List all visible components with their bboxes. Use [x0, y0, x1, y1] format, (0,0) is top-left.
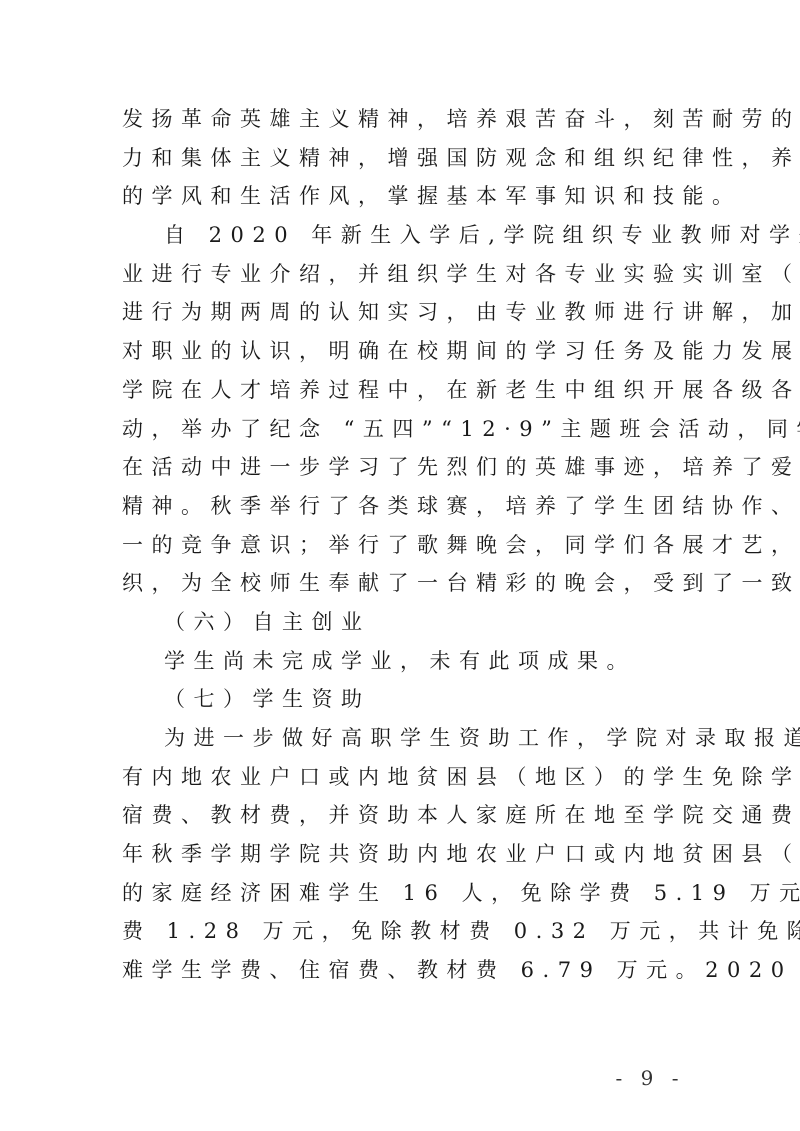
text-line: 有内地农业户口或内地贫困县（地区）的学生免除学费、住 — [122, 758, 682, 797]
text-line: 业进行专业介绍，并组织学生对各专业实验实训室（基地） — [122, 255, 682, 294]
text-line: 发扬革命英雄主义精神，培养艰苦奋斗，刻苦耐劳的坚强毅 — [122, 100, 682, 139]
paragraph-start-line: 为进一步做好高职学生资助工作，学院对录取报道的具 — [122, 719, 682, 758]
text-line: 对职业的认识，明确在校期间的学习任务及能力发展方向。 — [122, 332, 682, 371]
section-heading-entrepreneurship: （六）自主创业 — [122, 603, 682, 642]
text-line: 难学生学费、住宿费、教材费 6.79 万元。2020 年秋季学期 — [122, 951, 682, 990]
paragraph-start-line: 自 2020 年新生入学后,学院组织专业教师对学生所报专 — [122, 216, 682, 255]
text-line: 织，为全校师生奉献了一台精彩的晚会，受到了一致好评！ — [122, 564, 682, 603]
text-line: 的学风和生活作风，掌握基本军事知识和技能。 — [122, 177, 682, 216]
text-line: 一的竞争意识；举行了歌舞晚会，同学们各展才艺，精心组 — [122, 526, 682, 565]
text-line: 动，举办了纪念 “五四”“12·9”主题班会活动，同学们 — [122, 410, 682, 449]
text-line: 年秋季学期学院共资助内地农业户口或内地贫困县（地区） — [122, 835, 682, 874]
text-line: 费 1.28 万元，免除教材费 0.32 万元，共计免除家庭经济困 — [122, 912, 682, 951]
page-number: - 9 - — [600, 1066, 700, 1090]
text-line: 进行为期两周的认知实习，由专业教师进行讲解，加强学生 — [122, 293, 682, 332]
text-line: 的家庭经济困难学生 16 人，免除学费 5.19 万元，免除住宿 — [122, 874, 682, 913]
section-content-entrepreneurship: 学生尚未完成学业，未有此项成果。 — [122, 642, 682, 681]
document-page: 发扬革命英雄主义精神，培养艰苦奋斗，刻苦耐劳的坚强毅 力和集体主义精神，增强国防… — [0, 0, 800, 1131]
text-line: 在活动中进一步学习了先烈们的英雄事迹，培养了爱国主义 — [122, 448, 682, 487]
text-line: 宿费、教材费，并资助本人家庭所在地至学院交通费。2019 — [122, 796, 682, 835]
text-line: 学院在人才培养过程中，在新老生中组织开展各级各类活 — [122, 371, 682, 410]
section-heading-student-aid: （七）学生资助 — [122, 680, 682, 719]
body-text: 发扬革命英雄主义精神，培养艰苦奋斗，刻苦耐劳的坚强毅 力和集体主义精神，增强国防… — [122, 100, 682, 990]
text-line: 力和集体主义精神，增强国防观念和组织纪律性，养成良好 — [122, 139, 682, 178]
text-line: 精神。秋季举行了各类球赛，培养了学生团结协作、永争第 — [122, 487, 682, 526]
